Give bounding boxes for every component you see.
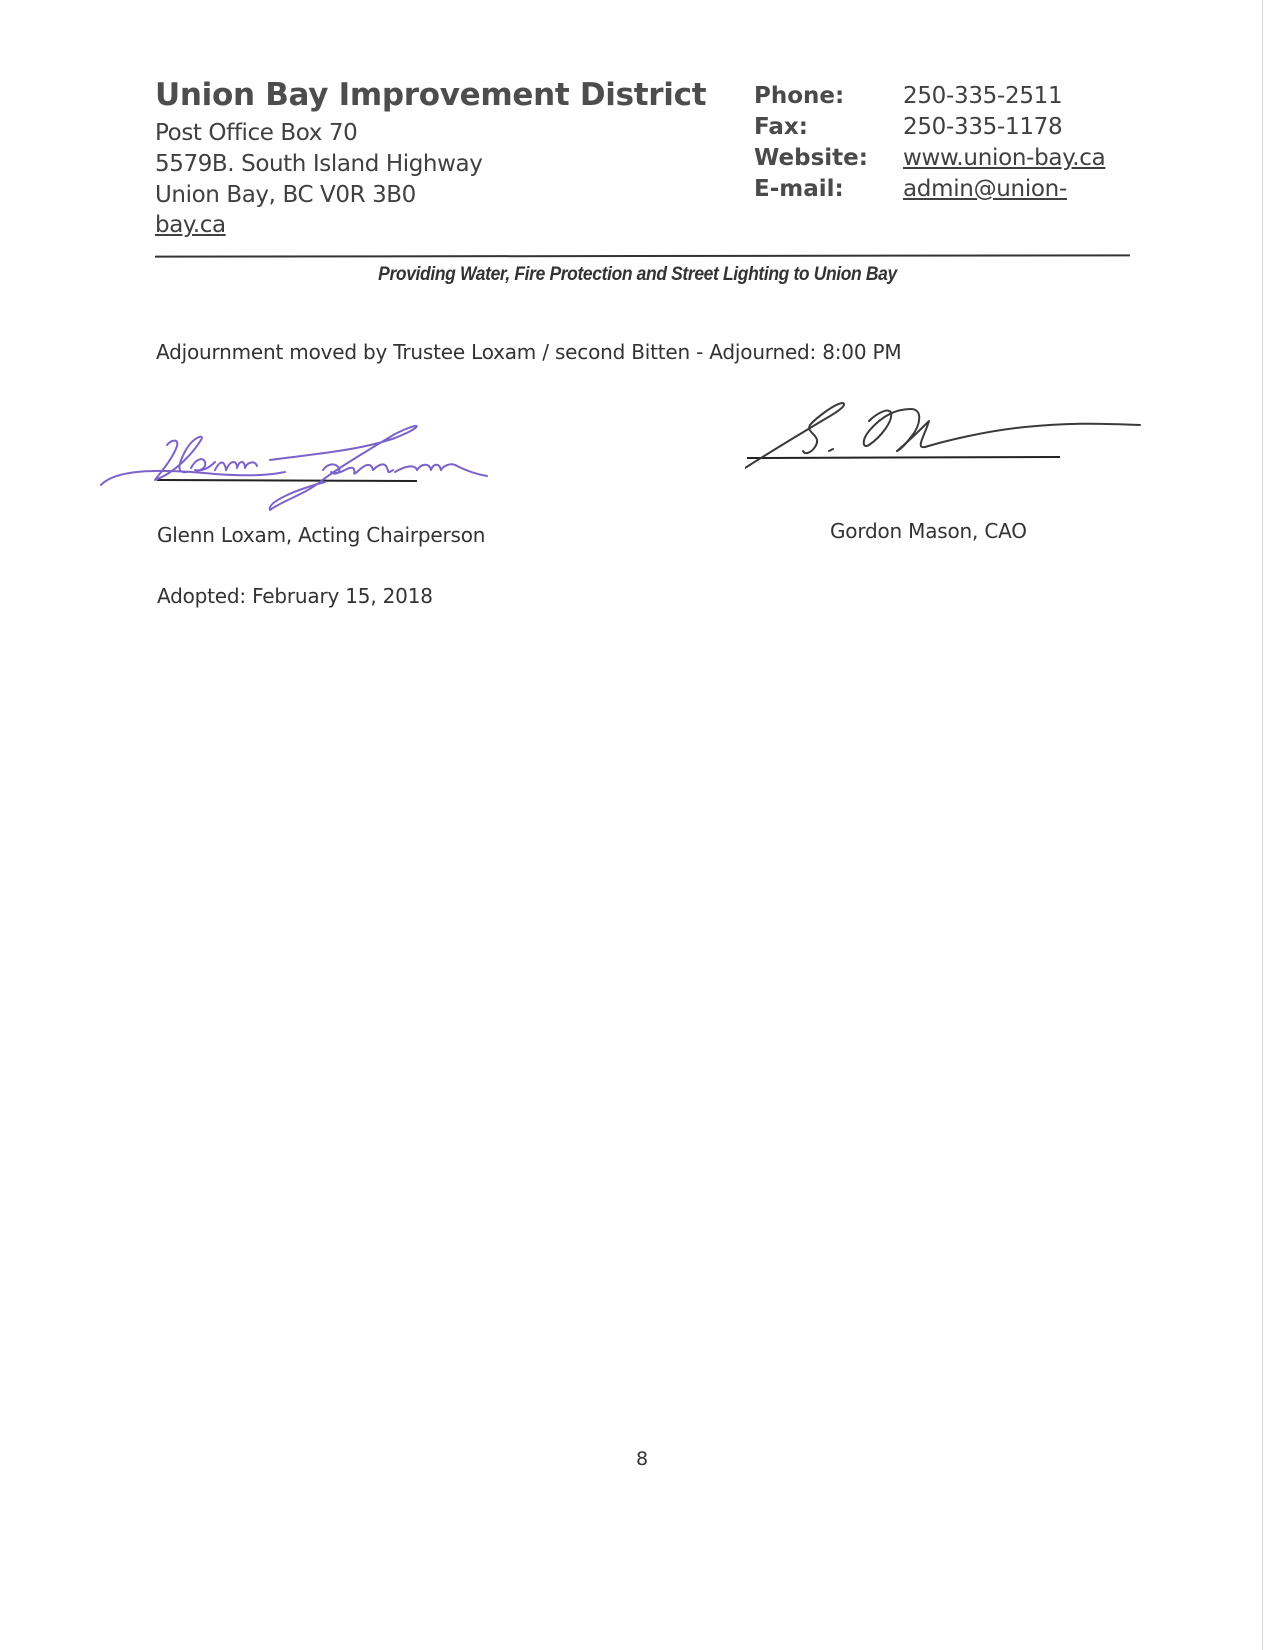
scan-edge-line	[1262, 0, 1263, 1650]
address-line-po-box: Post Office Box 70	[155, 120, 357, 146]
phone-value: 250-335-2511	[903, 83, 1062, 109]
fax-value: 250-335-1178	[903, 114, 1062, 140]
adopted-date: Adopted: February 15, 2018	[157, 584, 433, 608]
address-line-street: 5579B. South Island Highway	[155, 151, 482, 177]
document-page: Union Bay Improvement District Post Offi…	[0, 0, 1275, 1650]
page-number: 8	[636, 1448, 648, 1470]
fax-label: Fax:	[754, 114, 808, 140]
signatory-cao: Gordon Mason, CAO	[830, 519, 1027, 543]
email-label: E-mail:	[754, 176, 844, 202]
signature-gordon-mason-icon	[745, 385, 1145, 500]
website-link[interactable]: www.union-bay.ca	[903, 145, 1105, 171]
signatory-chairperson: Glenn Loxam, Acting Chairperson	[157, 523, 485, 547]
organization-name: Union Bay Improvement District	[155, 77, 706, 113]
address-line-city: Union Bay, BC V0R 3B0	[155, 182, 416, 208]
signature-glenn-loxam-icon	[95, 410, 520, 515]
email-continuation-link[interactable]: bay.ca	[155, 212, 226, 238]
website-label: Website:	[754, 145, 868, 171]
email-link[interactable]: admin@union-	[903, 176, 1067, 202]
letterhead-divider	[155, 254, 1130, 257]
adjournment-text: Adjournment moved by Trustee Loxam / sec…	[156, 340, 901, 364]
phone-label: Phone:	[754, 83, 844, 109]
tagline: Providing Water, Fire Protection and Str…	[51, 264, 1224, 286]
